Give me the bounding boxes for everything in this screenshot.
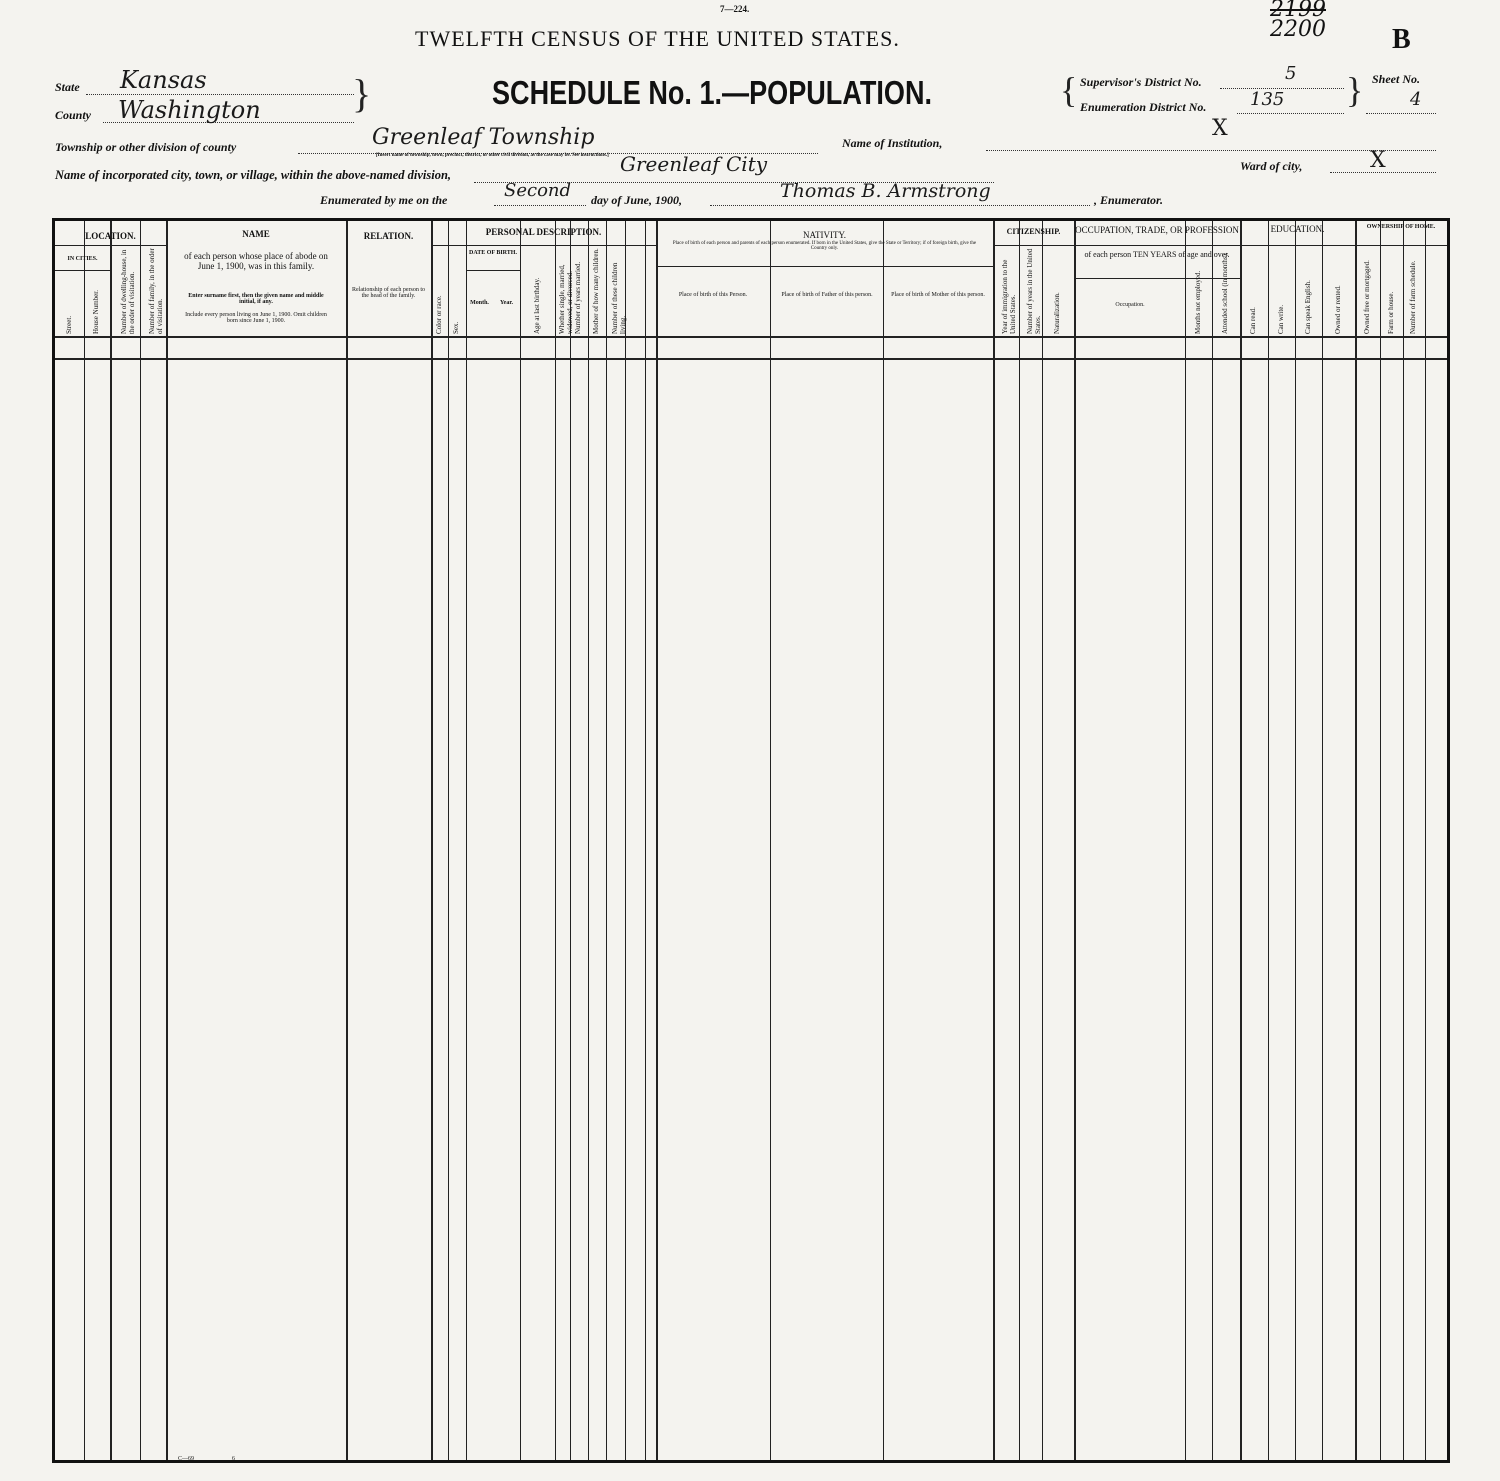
institution-label: Name of Institution, (842, 136, 942, 151)
grid-column-line (110, 221, 112, 1460)
header-col-19: Occupation. (1080, 302, 1180, 308)
footer-mark: 6 (232, 1456, 235, 1462)
grid-column-line (1042, 221, 1043, 1460)
header-col-label: Farm or house. (1387, 246, 1395, 334)
ward-label: Ward of city, (1240, 159, 1302, 174)
grid-column-line (588, 221, 589, 1460)
grid-column-line (883, 221, 884, 1460)
grid-header-line (55, 336, 1447, 338)
census-title: TWELFTH CENSUS OF THE UNITED STATES. (415, 26, 900, 52)
header-occupation-desc: of each person TEN YEARS of age and over… (1080, 250, 1234, 259)
header-name: NAME (166, 229, 346, 239)
header-name-note1: Enter surname first, then the given name… (180, 293, 332, 305)
header-col-label: Can read. (1249, 246, 1257, 334)
city-label: Name of incorporated city, town, or vill… (55, 168, 451, 183)
township-value: Greenleaf Township (372, 125, 594, 150)
header-col-7-month: Month. (466, 300, 493, 306)
supervisor-district: 5 (1285, 63, 1296, 84)
grid-column-line (1212, 221, 1213, 1460)
form-number: 7—224. (720, 4, 749, 14)
page-number-stamp: 2199 2200 (1270, 0, 1326, 40)
enumerated-label-2: day of June, 1900, (591, 193, 682, 208)
grid-column-line (431, 221, 433, 1460)
header-col-13: Place of birth of this Person. (660, 292, 766, 298)
header-name-note2: Include every person living on June 1, 1… (180, 312, 332, 324)
city-value: Greenleaf City (620, 152, 767, 176)
header-col-label: Number of family, in the order of visita… (148, 248, 164, 334)
grid-column-line (656, 221, 658, 1460)
header-relation-desc: Relationship of each person to the head … (350, 287, 427, 299)
header-in-cities: IN CITIES. (55, 256, 110, 262)
enumeration-district: 135 (1250, 89, 1284, 110)
header-col-label: Mother of how many children. (592, 246, 600, 334)
grid-column-line (166, 221, 168, 1460)
grid-column-line (570, 221, 571, 1460)
header-col-label: Number of dwelling-house, in the order o… (120, 248, 136, 334)
county-label: County (55, 108, 91, 123)
header-col-label: Year of immigration to the United States… (1001, 246, 1017, 334)
census-page: 7—224. TWELFTH CENSUS OF THE UNITED STAT… (0, 0, 1500, 1481)
sheet-label: Sheet No. (1372, 72, 1420, 87)
header-personal-description: PERSONAL DESCRIPTION. (431, 227, 656, 237)
enumerator-name: Thomas B. Armstrong (780, 180, 991, 202)
header-col-label: Can write. (1277, 246, 1285, 334)
grid-header-line (55, 358, 1447, 360)
header-nativity-desc: Place of birth of each person and parent… (666, 241, 983, 251)
header-location: LOCATION. (55, 231, 166, 241)
grid-column-line (1185, 221, 1186, 1460)
grid-column-line (84, 221, 85, 1460)
sheet-letter: B (1392, 24, 1411, 56)
county-value: Washington (118, 96, 261, 124)
schedule-title: SCHEDULE No. 1.—POPULATION. (492, 74, 932, 112)
page-number: 2200 (1270, 20, 1326, 40)
header-col-label: House Number. (92, 272, 100, 334)
grid-header-line (55, 245, 166, 246)
header-col-label: Number of farm schedule. (1409, 246, 1417, 334)
grid-header-line (55, 270, 110, 271)
header-col-14: Place of birth of Father of this person. (774, 292, 880, 298)
township-label: Township or other division of county (55, 140, 236, 155)
grid-column-line (140, 221, 141, 1460)
grid-header-line (1074, 278, 1240, 279)
grid-column-line (1074, 221, 1076, 1460)
header-col-label: Can speak English. (1304, 246, 1312, 334)
grid-column-line (625, 221, 626, 1460)
grid-column-line (1268, 221, 1269, 1460)
header-col-label: Number of years in the United States. (1026, 246, 1042, 334)
grid-column-line (606, 221, 607, 1460)
grid-column-line (1380, 221, 1381, 1460)
grid-column-line (1240, 221, 1242, 1460)
grid-column-line (520, 221, 521, 1460)
header-education: EDUCATION. (1240, 224, 1355, 234)
header-ownership: OWNERSHIP OF HOME. (1355, 224, 1447, 230)
header-name-desc: of each person whose place of abode on J… (180, 251, 332, 271)
grid-column-line (645, 221, 646, 1460)
header-col-label: Owned or rented. (1334, 246, 1342, 334)
grid-column-line (1425, 221, 1426, 1460)
header-relation: RELATION. (346, 231, 431, 241)
header-date-of-birth: DATE OF BIRTH. (466, 250, 520, 256)
grid-column-line (1019, 221, 1020, 1460)
supervisor-label: Supervisor's District No. (1080, 75, 1202, 90)
header-col-label: Attended school (in months). (1221, 246, 1229, 334)
ward-value: X (1370, 148, 1386, 173)
grid-column-line (555, 221, 556, 1460)
grid-column-line (1403, 221, 1404, 1460)
header-col-label: Number of years married. (574, 246, 582, 334)
header-col-label: Age at last birthday. (533, 246, 541, 334)
enumerator-label: , Enumerator. (1094, 193, 1163, 208)
header-col-7-year: Year. (493, 300, 520, 306)
header-citizenship: CITIZENSHIP. (993, 227, 1074, 236)
header-col-label: Street. (65, 272, 73, 334)
header-col-label: Months not employed. (1194, 246, 1202, 334)
header-col-label: Naturalization. (1053, 246, 1061, 334)
enumeration-label: Enumeration District No. (1080, 100, 1206, 115)
footer-code: C—69 (178, 1456, 194, 1462)
state-label: State (55, 80, 80, 95)
header-col-label: Number of these children living. (611, 246, 627, 334)
header-nativity: NATIVITY. (656, 230, 993, 240)
header-occupation: OCCUPATION, TRADE, OR PROFESSION (1074, 225, 1240, 235)
population-schedule-table: LOCATION.IN CITIES.NAMEof each person wh… (52, 218, 1450, 1463)
header-col-15: Place of birth of Mother of this person. (887, 292, 989, 298)
grid-column-line (770, 221, 771, 1460)
enumerated-label: Enumerated by me on the (320, 193, 447, 208)
grid-column-line (346, 221, 348, 1460)
header-col-label: Owned free or mortgaged. (1363, 246, 1371, 334)
sheet-number: 4 (1410, 89, 1421, 110)
header-col-label: Color or race. (435, 246, 443, 334)
header-col-label: Whether single, married, widowed, or div… (558, 246, 574, 334)
township-note: [Insert name of township, town, precinct… (376, 153, 609, 158)
enumerated-day: Second (504, 180, 571, 201)
state-value: Kansas (120, 66, 207, 94)
institution-value: X (1212, 116, 1228, 141)
grid-column-line (448, 221, 449, 1460)
grid-header-line (466, 270, 520, 271)
header-col-label: Sex. (452, 246, 460, 334)
grid-column-line (993, 221, 995, 1460)
grid-column-line (1322, 221, 1323, 1460)
grid-header-line (656, 266, 993, 267)
grid-column-line (1295, 221, 1296, 1460)
grid-header-line (993, 245, 1447, 246)
grid-column-line (466, 221, 467, 1460)
grid-column-line (1355, 221, 1357, 1460)
